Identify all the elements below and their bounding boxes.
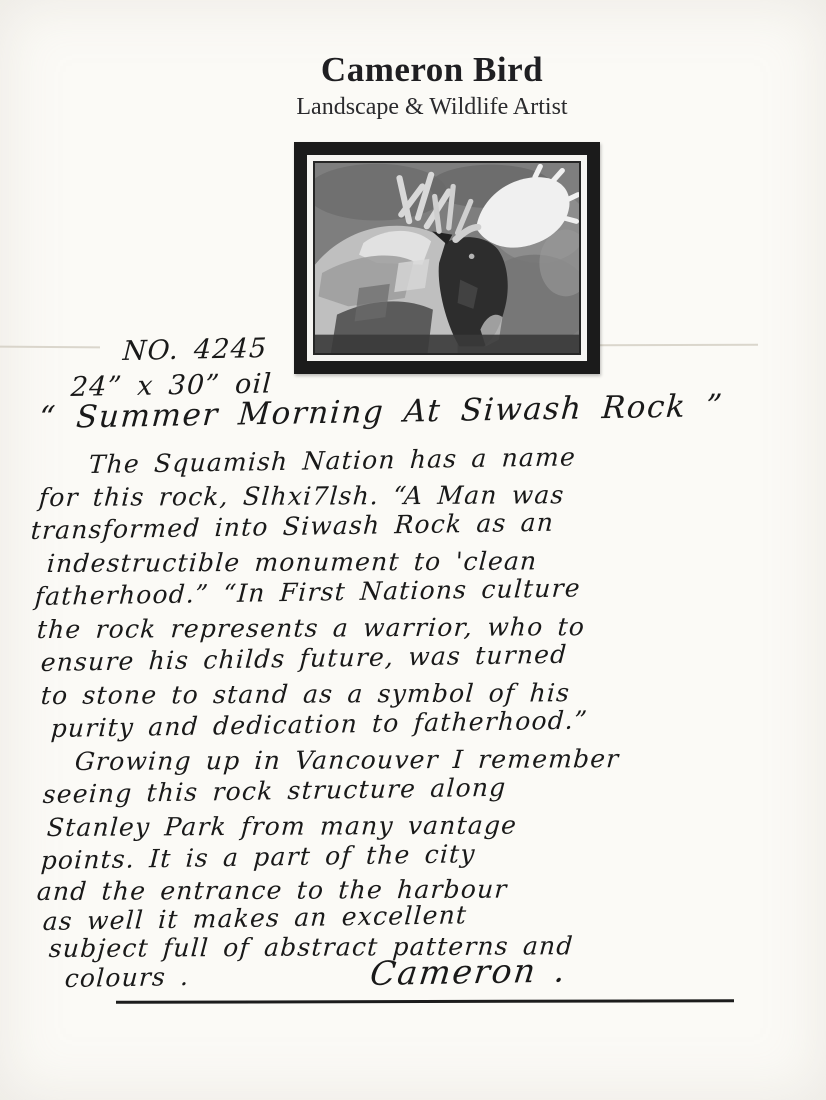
body-line: The Squamish Nation has a name xyxy=(88,442,577,479)
body-line: transformed into Siwash Rock as an xyxy=(30,508,555,545)
body-line: for this rock, Slhxi7lsh. “A Man was xyxy=(38,480,566,512)
scanned-letter-page: Cameron Bird Landscape & Wildlife Artist xyxy=(0,0,826,1100)
artwork-number: NO. 4245 xyxy=(122,333,268,367)
moose-painting-graphic xyxy=(315,163,579,353)
artist-subtitle: Landscape & Wildlife Artist xyxy=(38,94,826,121)
bottom-divider-line xyxy=(116,999,734,1004)
paper-fold-crease-right xyxy=(598,344,758,347)
artist-signature: Cameron . xyxy=(368,950,569,993)
body-line: Stanley Park from many vantage xyxy=(46,811,518,842)
artist-name: Cameron Bird xyxy=(38,50,826,90)
paper-fold-crease-left xyxy=(0,346,100,349)
body-line-closing: colours . xyxy=(64,962,190,993)
body-line: Growing up in Vancouver I remember xyxy=(74,744,620,776)
body-line: the rock represents a warrior, who to xyxy=(36,612,586,644)
body-line: to stone to stand as a symbol of his xyxy=(40,678,571,710)
moose-painting-image xyxy=(313,161,581,355)
letterhead: Cameron Bird Landscape & Wildlife Artist xyxy=(0,50,826,121)
body-line: fatherhood.” “In First Nations culture xyxy=(34,573,582,611)
body-line: as well it makes an excellent xyxy=(42,900,468,936)
body-line: points. It is a part of the city xyxy=(40,839,477,875)
frame-mat xyxy=(307,155,587,361)
picture-frame xyxy=(294,142,600,374)
body-line: purity and dedication to fatherhood.” xyxy=(50,706,589,743)
body-line: indestructible monument to 'clean xyxy=(46,546,538,578)
body-line: ensure his childs future, was turned xyxy=(40,640,568,677)
body-line: seeing this rock structure along xyxy=(42,773,507,809)
